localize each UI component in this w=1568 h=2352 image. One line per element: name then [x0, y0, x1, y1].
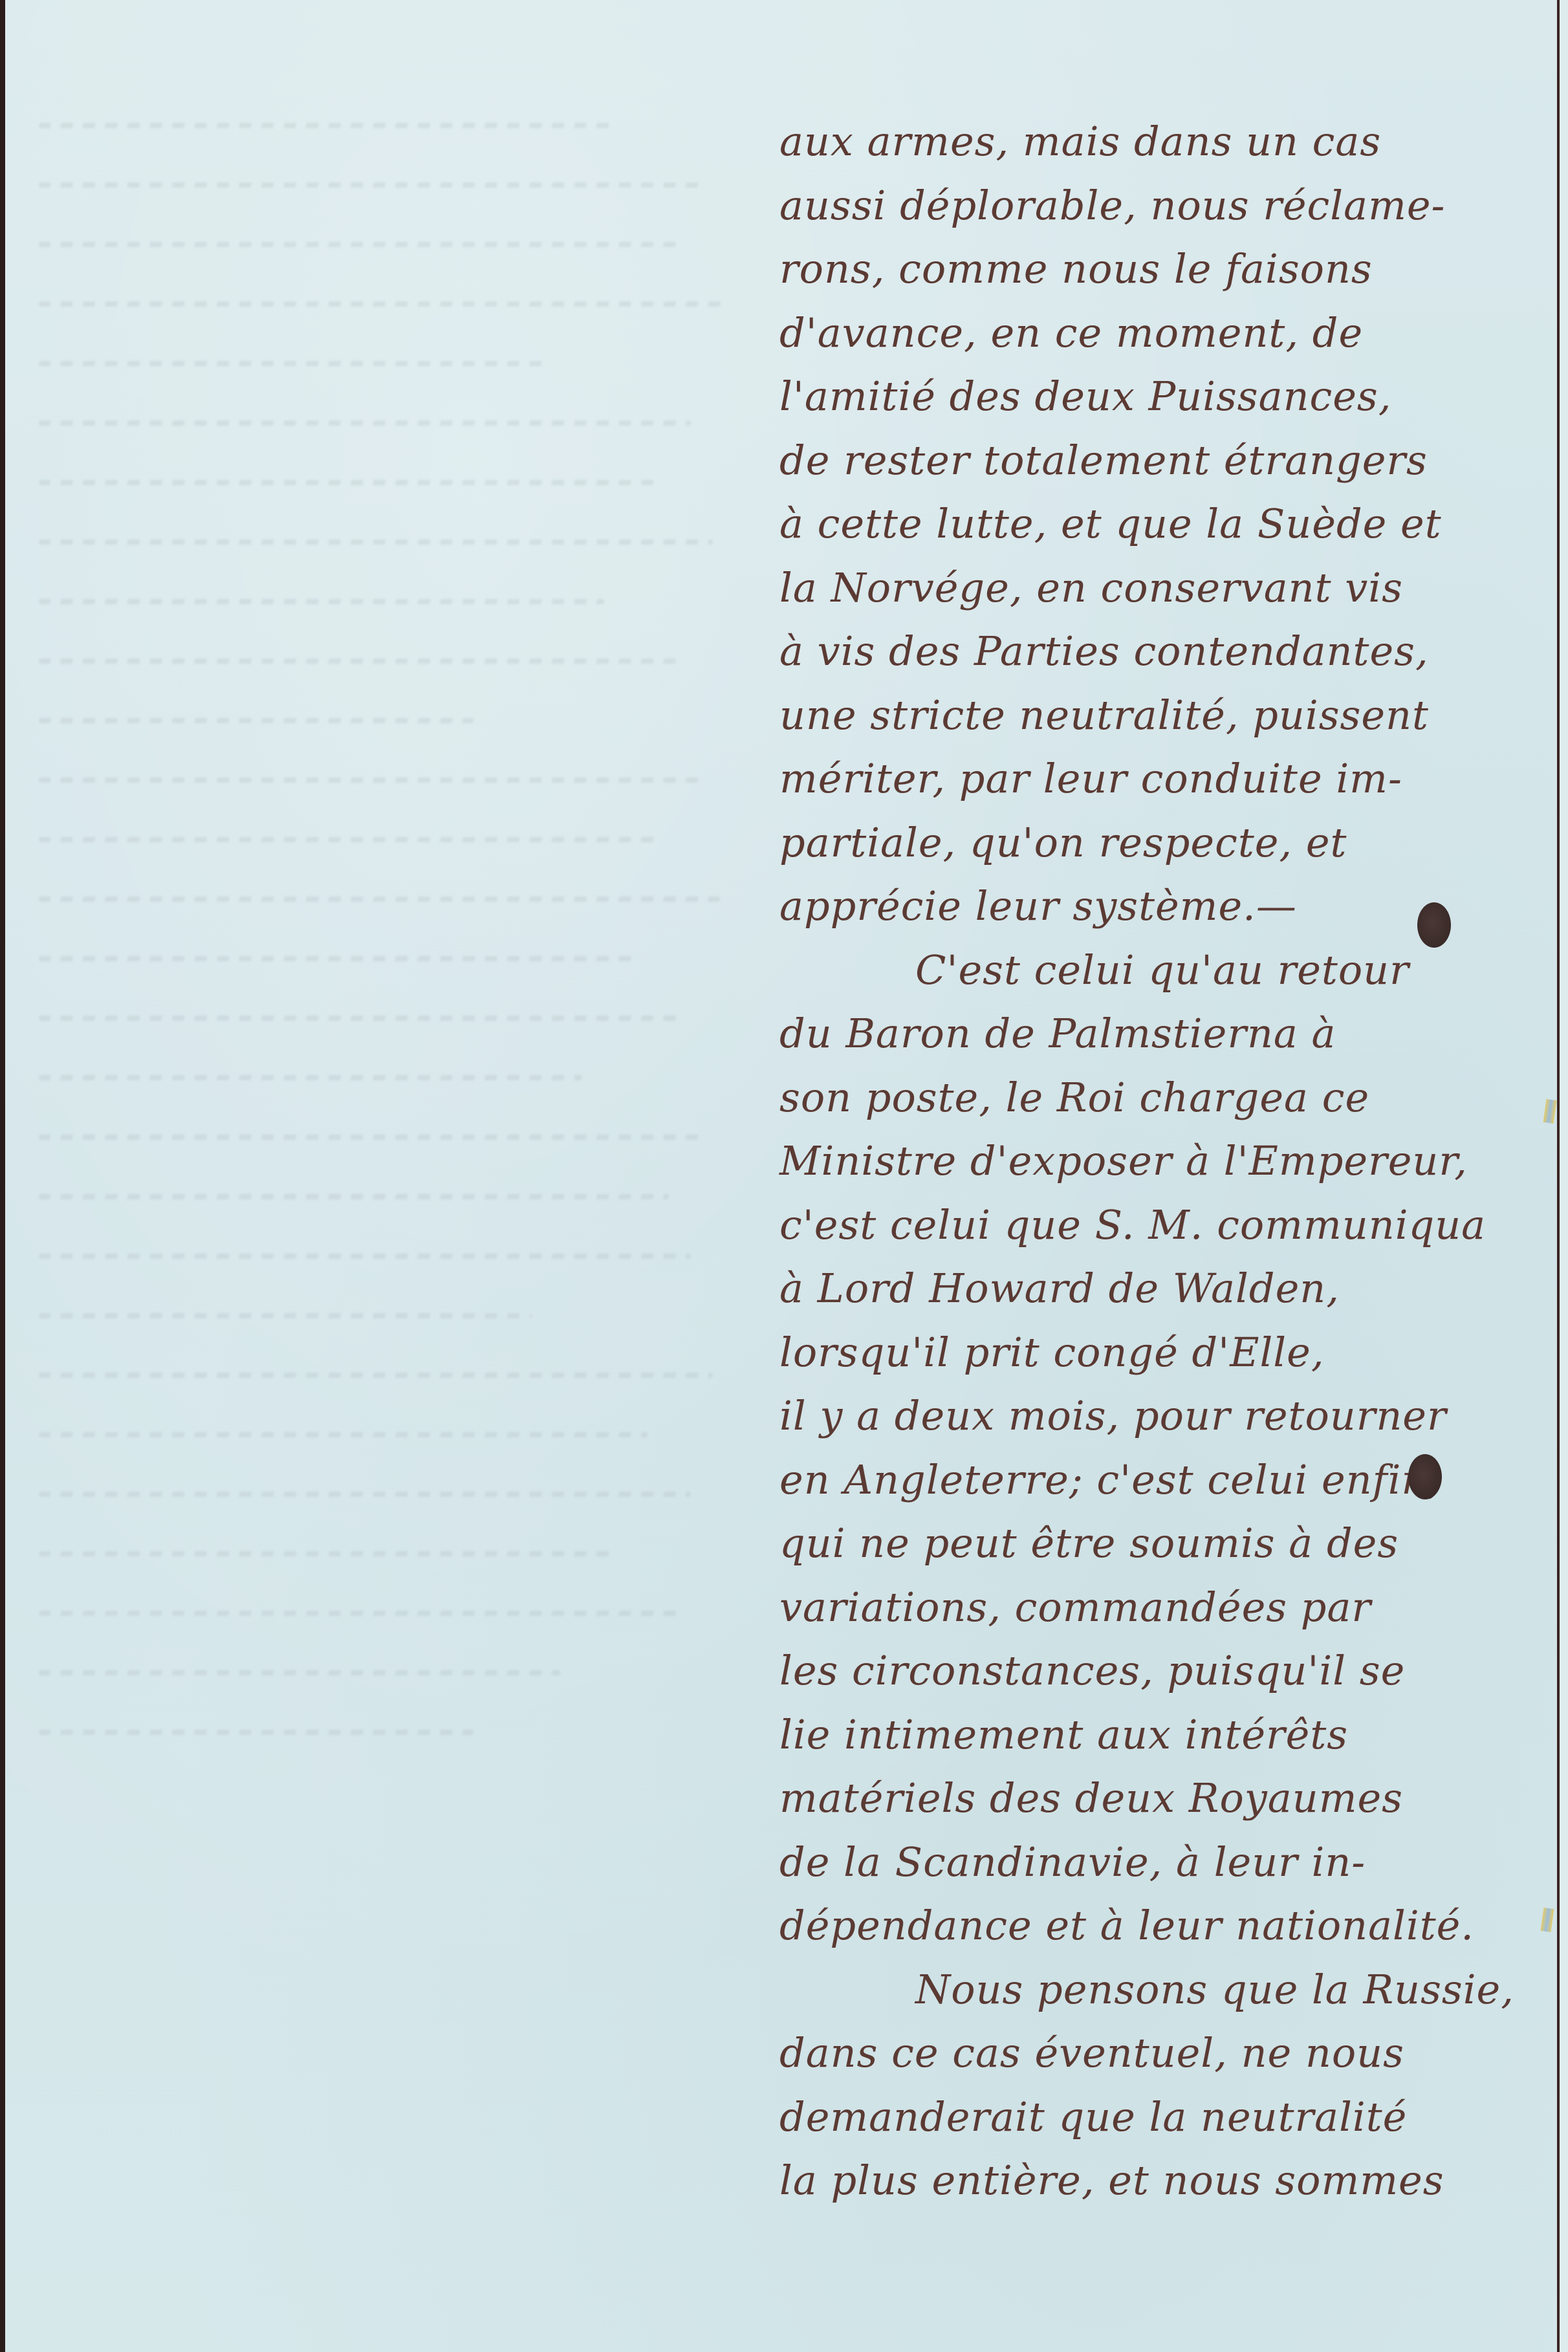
text-line: de rester totalement étrangers	[779, 429, 1552, 493]
text-line: d'avance, en ce moment, de	[779, 301, 1552, 365]
text-line: une stricte neutralité, puissent	[779, 684, 1552, 748]
text-line: aussi déplorable, nous réclame-	[779, 174, 1552, 238]
text-line: il y a deux mois, pour retourner	[779, 1384, 1552, 1448]
text-line: lorsqu'il prit congé d'Elle,	[779, 1321, 1552, 1385]
text-line: du Baron de Palmstierna à	[779, 1002, 1552, 1066]
text-line: les circonstances, puisqu'il se	[779, 1639, 1552, 1703]
text-line: partiale, qu'on respecte, et	[779, 811, 1552, 875]
text-line: la plus entière, et nous sommes	[779, 2149, 1552, 2213]
text-line: dans ce cas éventuel, ne nous	[779, 2021, 1552, 2085]
text-line: qui ne peut être soumis à des	[779, 1512, 1552, 1576]
reverse-side-bleed-through	[39, 123, 763, 2063]
text-line: aux armes, mais dans un cas	[779, 110, 1552, 174]
page-left-edge	[0, 0, 5, 2352]
text-line: Ministre d'exposer à l'Empereur,	[779, 1129, 1552, 1193]
text-line: matériels des deux Royaumes	[779, 1767, 1552, 1831]
text-line: à Lord Howard de Walden,	[779, 1257, 1552, 1321]
text-line: dépendance et à leur nationalité.	[779, 1894, 1552, 1958]
punch-hole-lower	[1408, 1454, 1442, 1499]
page-right-margin	[1560, 0, 1568, 2352]
text-line: lie intimement aux intérêts	[779, 1703, 1552, 1767]
document-page: aux armes, mais dans un cas aussi déplor…	[0, 0, 1568, 2352]
paragraph-start-line: Nous pensons que la Russie,	[779, 1958, 1552, 2022]
punch-hole-upper	[1417, 902, 1451, 948]
text-line: la Norvége, en conservant vis	[779, 556, 1552, 620]
binding-thread-mark	[1543, 1099, 1557, 1124]
text-line: variations, commandées par	[779, 1576, 1552, 1640]
text-line: l'amitié des deux Puissances,	[779, 365, 1552, 429]
text-line: c'est celui que S. M. communiqua	[779, 1193, 1552, 1258]
handwritten-text-column: aux armes, mais dans un cas aussi déplor…	[779, 110, 1552, 2213]
text-line: demanderait que la neutralité	[779, 2085, 1552, 2150]
text-line: mériter, par leur conduite im-	[779, 747, 1552, 811]
text-line: à cette lutte, et que la Suède et	[779, 492, 1552, 556]
text-line: son poste, le Roi chargea ce	[779, 1066, 1552, 1130]
text-line: à vis des Parties contendantes,	[779, 620, 1552, 684]
paragraph-start-line: C'est celui qu'au retour	[779, 939, 1552, 1003]
text-line: rons, comme nous le faisons	[779, 237, 1552, 301]
text-line: de la Scandinavie, à leur in-	[779, 1831, 1552, 1895]
